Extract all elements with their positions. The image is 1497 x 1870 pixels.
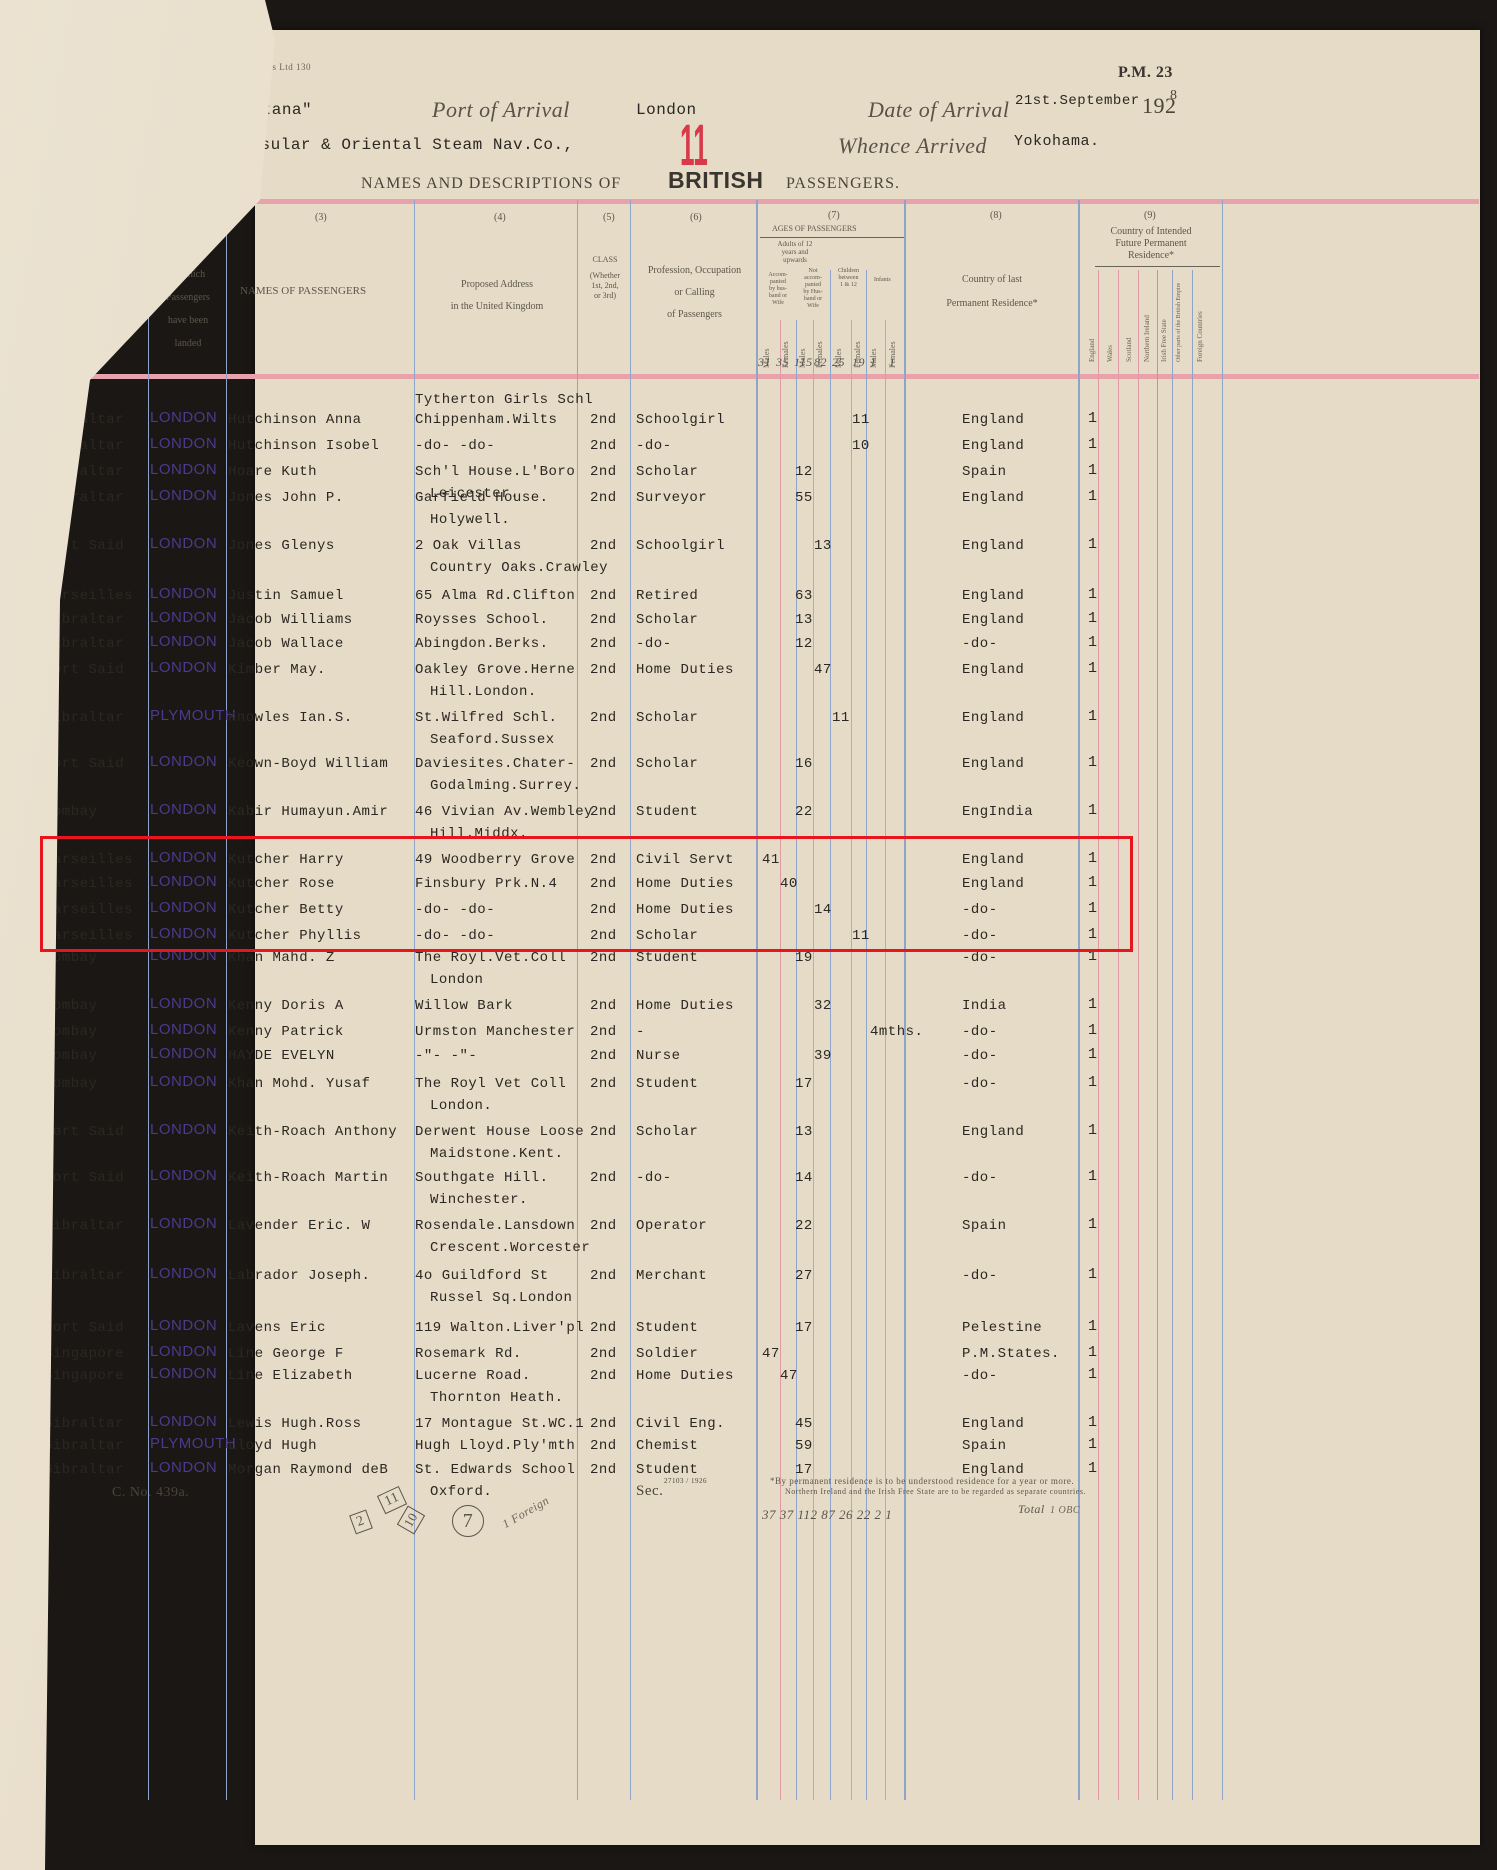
res-subdivider <box>1192 270 1193 1800</box>
passenger-class: 2nd <box>590 612 617 628</box>
address-line-post: Russel Sq.London <box>430 1290 572 1306</box>
passenger-class: 2nd <box>590 438 617 454</box>
occupation: Home Duties <box>636 998 734 1014</box>
passenger-name: Kabir Humayun.Amir <box>228 804 388 820</box>
passenger-name: Hoare Kuth <box>228 464 317 480</box>
res-sub-label: Other parts of the British Empire <box>1176 283 1182 362</box>
passenger-class: 2nd <box>590 1170 617 1186</box>
residence-tally: 1 <box>1088 586 1097 603</box>
age-subdivider <box>780 320 781 1800</box>
port-stamp: LONDON <box>150 1073 217 1090</box>
residence-tally: 1 <box>1088 1022 1097 1039</box>
port-stamp: LONDON <box>150 435 217 452</box>
proposed-address: Sch'l House.L'Boro <box>415 464 575 480</box>
occupation: Retired <box>636 588 698 604</box>
country-last-residence: Spain <box>962 1218 1007 1234</box>
port-stamp: LONDON <box>150 1413 217 1430</box>
proposed-address: The Royl Vet Coll <box>415 1076 566 1092</box>
sec-label: Sec. <box>636 1483 663 1500</box>
occupation: Merchant <box>636 1268 707 1284</box>
passenger-class: 2nd <box>590 1048 617 1064</box>
passenger-class: 2nd <box>590 804 617 820</box>
passenger-class: 2nd <box>590 1462 617 1478</box>
passenger-name: Jones Glenys <box>228 538 335 554</box>
residence-tally: 1 <box>1088 610 1097 627</box>
col-divider <box>148 200 149 1800</box>
proposed-address: 17 Montague St.WC.1 <box>415 1416 584 1432</box>
country-last-residence: England <box>962 588 1024 604</box>
form-number: C. No. 439a. <box>112 1485 189 1501</box>
port-stamp: LONDON <box>150 487 217 504</box>
residence-tally: 1 <box>1088 1460 1097 1477</box>
proposed-address: -do- -do- <box>415 438 495 454</box>
passenger-age: 59 <box>795 1438 813 1454</box>
passenger-age: 22 <box>795 804 813 820</box>
passenger-age: 39 <box>814 1048 832 1064</box>
occupation: Soldier <box>636 1346 698 1362</box>
proposed-address: Willow Bark <box>415 998 513 1014</box>
country-last-residence: England <box>962 412 1024 428</box>
country-last-residence: England <box>962 538 1024 554</box>
sec-ref: 27103 / 1926 <box>664 1477 707 1485</box>
proposed-address: Roysses School. <box>415 612 549 628</box>
country-last-residence: England <box>962 710 1024 726</box>
country-last-residence: -do- <box>962 1048 998 1064</box>
passenger-age: 47 <box>762 1346 780 1362</box>
col6-number: (6) <box>690 212 702 223</box>
passenger-class: 2nd <box>590 636 617 652</box>
country-last-residence: England <box>962 490 1024 506</box>
res-sub-label: Scotland <box>1125 338 1133 363</box>
title-prefix: NAMES AND DESCRIPTIONS OF <box>361 175 621 193</box>
country-last-residence: Spain <box>962 1438 1007 1454</box>
proposed-address: Daviesites.Chater- <box>415 756 575 772</box>
whence-arrived: Yokohama. <box>1014 133 1100 150</box>
res-subdivider <box>1138 270 1139 1800</box>
adults-label: Adults of 12 years and upwards <box>760 240 830 264</box>
occupation: Surveyor <box>636 490 707 506</box>
col8-label: Country of last Permanent Residence* <box>906 268 1078 316</box>
country-last-residence: -do- <box>962 1076 998 1092</box>
country-last-residence: England <box>962 612 1024 628</box>
handwritten-note: 1 OBC <box>1050 1505 1080 1516</box>
passenger-class: 2nd <box>590 1346 617 1362</box>
occupation: -do- <box>636 636 672 652</box>
country-last-residence: England <box>962 662 1024 678</box>
residence-tally: 1 <box>1088 1074 1097 1091</box>
country-last-residence: England <box>962 1124 1024 1140</box>
title-suffix: PASSENGERS. <box>786 175 900 193</box>
col4-number: (4) <box>494 212 506 223</box>
occupation: Student <box>636 804 698 820</box>
occupation: Scholar <box>636 756 698 772</box>
country-last-residence: EngIndia <box>962 804 1033 820</box>
proposed-address: 4o Guildford St <box>415 1268 549 1284</box>
res-subdivider <box>1098 270 1099 1800</box>
proposed-address: 119 Walton.Liver'pl <box>415 1320 584 1336</box>
address-line-post: Oxford. <box>430 1484 492 1500</box>
col-divider <box>1222 200 1223 1800</box>
port-stamp: PLYMOUTH <box>150 707 236 724</box>
passenger-age: 55 <box>795 490 813 506</box>
passenger-name: Lloyd Hugh <box>228 1438 317 1454</box>
passenger-age: 47 <box>814 662 832 678</box>
address-line-post: Holywell. <box>430 512 510 528</box>
col-divider <box>756 200 758 1800</box>
infants-label: Infants <box>874 277 891 283</box>
passenger-name: Khan Mahd. Z <box>228 950 335 966</box>
not-accompanied-label: Not accom- panied by Hus- band or Wife <box>796 268 830 310</box>
passenger-age: 16 <box>795 756 813 772</box>
residence-tally: 1 <box>1088 1344 1097 1361</box>
age-header-rule <box>760 237 904 238</box>
residence-tally: 1 <box>1088 462 1097 479</box>
col-divider <box>226 200 227 1800</box>
col8-number: (8) <box>990 210 1002 221</box>
residence-tally: 1 <box>1088 634 1097 651</box>
proposed-address: Lucerne Road. <box>415 1368 531 1384</box>
occupation: Scholar <box>636 612 698 628</box>
address-line-post: Crescent.Worcester <box>430 1240 590 1256</box>
proposed-address: Urmston Manchester <box>415 1024 575 1040</box>
proposed-address: The Royl.Vet.Coll <box>415 950 566 966</box>
residence-tally: 1 <box>1088 708 1097 725</box>
proposed-address: Southgate Hill. <box>415 1170 549 1186</box>
port-stamp: LONDON <box>150 1121 217 1138</box>
residence-tally: 1 <box>1088 754 1097 771</box>
port-landed: Gibraltar <box>44 1218 124 1234</box>
age-subdivider <box>851 320 852 1800</box>
residence-tally: 1 <box>1088 1046 1097 1063</box>
occupation: -do- <box>636 438 672 454</box>
passenger-age: 12 <box>795 464 813 480</box>
highlight-box <box>40 836 1133 952</box>
occupation: Student <box>636 1462 698 1478</box>
port-stamp: LONDON <box>150 461 217 478</box>
passenger-age: 11 <box>852 412 870 428</box>
proposed-address: Abingdon.Berks. <box>415 636 549 652</box>
col-divider <box>1078 200 1080 1800</box>
residence-tally: 1 <box>1088 1366 1097 1383</box>
residence-tally: 1 <box>1088 1266 1097 1283</box>
passenger-class: 2nd <box>590 1076 617 1092</box>
country-last-residence: Pelestine <box>962 1320 1042 1336</box>
residence-tally: 1 <box>1088 1122 1097 1139</box>
year-suffix: 8 <box>1170 88 1178 104</box>
port-stamp: LONDON <box>150 1021 217 1038</box>
col-divider <box>630 200 631 1800</box>
col5-label: CLASS (Whether 1st, 2nd, or 3rd) <box>580 255 630 301</box>
age-subdivider <box>796 320 797 1800</box>
passenger-name: Line Elizabeth <box>228 1368 353 1384</box>
address-line-post: Godalming.Surrey. <box>430 778 581 794</box>
passenger-age: 17 <box>795 1076 813 1092</box>
residence-tally: 1 <box>1088 1216 1097 1233</box>
residence-tally: 1 <box>1088 436 1097 453</box>
footnote-2: Northern Ireland and the Irish Free Stat… <box>785 1487 1086 1496</box>
port-stamp: LONDON <box>150 409 217 426</box>
date-of-arrival-label: Date of Arrival <box>868 97 1010 123</box>
occupation: Scholar <box>636 710 698 726</box>
occupation: Nurse <box>636 1048 681 1064</box>
passenger-class: 2nd <box>590 1438 617 1454</box>
passenger-class: 2nd <box>590 950 617 966</box>
port-stamp: LONDON <box>150 1167 217 1184</box>
country-last-residence: -do- <box>962 950 998 966</box>
country-last-residence: -do- <box>962 636 998 652</box>
children-label: Children between 1 & 12 <box>831 268 866 289</box>
col3-label: NAMES OF PASSENGERS <box>240 285 366 297</box>
residence-tally: 1 <box>1088 1414 1097 1431</box>
col4-label: Proposed Address in the United Kingdom <box>418 274 576 318</box>
date-of-arrival: 21st.September <box>1015 93 1140 109</box>
proposed-address: Rosemark Rd. <box>415 1346 522 1362</box>
passenger-age: 10 <box>852 438 870 454</box>
port-stamp: LONDON <box>150 1045 217 1062</box>
port-landed: Port Said <box>44 1124 124 1140</box>
country-last-residence: -do- <box>962 1368 998 1384</box>
passenger-name: Knowles Ian.S. <box>228 710 353 726</box>
passenger-name: Keown-Boyd William <box>228 756 388 772</box>
occupation: Schoolgirl <box>636 412 725 428</box>
occupation: - <box>636 1024 645 1040</box>
passenger-age: 19 <box>795 950 813 966</box>
passenger-name: Morgan Raymond deB <box>228 1462 388 1478</box>
address-line-post: Hill.London. <box>430 684 537 700</box>
passenger-age: 4mths. <box>870 1024 923 1040</box>
occupation: Scholar <box>636 1124 698 1140</box>
country-last-residence: -do- <box>962 1268 998 1284</box>
passenger-class: 2nd <box>590 464 617 480</box>
port-stamp: PLYMOUTH <box>150 1435 236 1452</box>
form-id: P.M. 23 <box>1118 64 1173 82</box>
col5-number: (5) <box>603 212 615 223</box>
age-subdivider <box>866 270 867 1800</box>
passenger-age: 13 <box>795 1124 813 1140</box>
country-last-residence: -do- <box>962 1024 998 1040</box>
passenger-class: 2nd <box>590 1416 617 1432</box>
port-stamp: LONDON <box>150 995 217 1012</box>
whence-arrived-label: Whence Arrived <box>838 133 987 159</box>
header-bottom-rule <box>40 374 1479 379</box>
proposed-address: St. Edwards School <box>415 1462 575 1478</box>
passenger-age: 11 <box>832 710 850 726</box>
proposed-address: -"- -"- <box>415 1048 477 1064</box>
passenger-class: 2nd <box>590 1368 617 1384</box>
address-line-post: Seaford.Sussex <box>430 732 555 748</box>
res-sub-label: Foreign Countries <box>1196 311 1204 362</box>
occupation: Student <box>636 950 698 966</box>
passenger-age: 45 <box>795 1416 813 1432</box>
passenger-class: 2nd <box>590 1268 617 1284</box>
residence-tally: 1 <box>1088 660 1097 677</box>
proposed-address: Rosendale.Lansdown <box>415 1218 575 1234</box>
occupation: Scholar <box>636 464 698 480</box>
country-last-residence: England <box>962 1416 1024 1432</box>
port-stamp: LONDON <box>150 1343 217 1360</box>
passenger-class: 2nd <box>590 1320 617 1336</box>
country-last-residence: P.M.States. <box>962 1346 1060 1362</box>
address-line-post: Country Oaks.Crawley <box>430 560 608 576</box>
age-subdivider <box>830 270 831 1800</box>
residence-tally: 1 <box>1088 536 1097 553</box>
passenger-name: Jacob Williams <box>228 612 353 628</box>
port-landed: Singapore <box>44 1346 124 1362</box>
residence-tally: 1 <box>1088 802 1097 819</box>
res-subdivider <box>1157 270 1158 1800</box>
port-stamp: LONDON <box>150 609 217 626</box>
proposed-address: Derwent House Loose <box>415 1124 584 1140</box>
port-of-arrival-label: Port of Arrival <box>432 97 570 123</box>
passenger-class: 2nd <box>590 1124 617 1140</box>
passenger-name: Khan Mohd. Yusaf <box>228 1076 370 1092</box>
residence-tally: 1 <box>1088 1318 1097 1335</box>
address-line-post: Maidstone.Kent. <box>430 1146 564 1162</box>
port-landed: Port Said <box>44 1170 124 1186</box>
passenger-name: Kenny Patrick <box>228 1024 344 1040</box>
passenger-name: Lavender Eric. W <box>228 1218 370 1234</box>
proposed-address: Hugh Lloyd.Ply'mth <box>415 1438 575 1454</box>
address-line-post: Thornton Heath. <box>430 1390 564 1406</box>
country-last-residence: -do- <box>962 1170 998 1186</box>
port-stamp: LONDON <box>150 633 217 650</box>
address-line-pre: Tytherton Girls Schl <box>415 392 593 408</box>
occupation: Schoolgirl <box>636 538 725 554</box>
circled-number: 7 <box>452 1505 484 1537</box>
col6-label: Profession, Occupation or Calling of Pas… <box>633 260 756 326</box>
res-subdivider <box>1118 270 1119 1800</box>
port-landed: Gibraltar <box>44 1462 124 1478</box>
passenger-age: 32 <box>814 998 832 1014</box>
passenger-class: 2nd <box>590 1218 617 1234</box>
passenger-age: 47 <box>780 1368 798 1384</box>
port-landed: Singapore <box>44 1368 124 1384</box>
country-last-residence: Spain <box>962 464 1007 480</box>
country-last-residence: India <box>962 998 1007 1014</box>
col7-label: AGES OF PASSENGERS <box>772 224 857 233</box>
passenger-class: 2nd <box>590 998 617 1014</box>
title-british: BRITISH <box>668 167 764 194</box>
occupation: Chemist <box>636 1438 698 1454</box>
residence-tally: 1 <box>1088 488 1097 505</box>
header-top-rule <box>60 199 1479 204</box>
occupation: Student <box>636 1320 698 1336</box>
port-landed: Gibraltar <box>44 1438 124 1454</box>
port-stamp: LONDON <box>150 1317 217 1334</box>
proposed-address: Oakley Grove.Herne <box>415 662 575 678</box>
res-sub-label: Northern Ireland <box>1143 315 1151 362</box>
passenger-class: 2nd <box>590 756 617 772</box>
address-line-post: London. <box>430 1098 492 1114</box>
passenger-age: 13 <box>814 538 832 554</box>
res-sub-label: England <box>1088 339 1096 362</box>
occupation: Civil Eng. <box>636 1416 725 1432</box>
passenger-age: 17 <box>795 1320 813 1336</box>
port-stamp: LONDON <box>150 585 217 602</box>
res-sub-label: Wales <box>1106 345 1114 362</box>
occupation: Home Duties <box>636 662 734 678</box>
port-stamp: LONDON <box>150 535 217 552</box>
port-landed: Gibraltar <box>44 1268 124 1284</box>
passenger-name: Keith-Roach Martin <box>228 1170 388 1186</box>
passenger-class: 2nd <box>590 710 617 726</box>
residence-tally: 1 <box>1088 1168 1097 1185</box>
col7-number: (7) <box>828 210 840 221</box>
passenger-class: 2nd <box>590 1024 617 1040</box>
accompanied-label: Accom- panied by hus- band or Wife <box>760 272 796 307</box>
passenger-age: 27 <box>795 1268 813 1284</box>
passenger-age: 13 <box>795 612 813 628</box>
passenger-name: Justin Samuel <box>228 588 344 604</box>
res-sub-label: Irish Free State <box>1160 319 1168 362</box>
res-subdivider <box>1172 270 1173 1800</box>
passenger-class: 2nd <box>590 490 617 506</box>
col9-label: Country of Intended Future Permanent Res… <box>1080 226 1222 262</box>
port-stamp: LONDON <box>150 1215 217 1232</box>
proposed-address: Chippenham.Wilts <box>415 412 557 428</box>
passenger-name: Hutchinson Isobel <box>228 438 379 454</box>
proposed-address: Garfield House. <box>415 490 549 506</box>
passenger-name: Line George F <box>228 1346 344 1362</box>
port-stamp: LONDON <box>150 1459 217 1476</box>
passenger-name: Jacob Wallace <box>228 636 344 652</box>
passenger-name: Lavens Eric <box>228 1320 326 1336</box>
passenger-class: 2nd <box>590 538 617 554</box>
passenger-age: 14 <box>795 1170 813 1186</box>
passenger-name: Labrador Joseph. <box>228 1268 370 1284</box>
handwritten-totals: 37 37 112 87 26 22 2 1 <box>762 1507 892 1523</box>
passenger-class: 2nd <box>590 588 617 604</box>
passenger-name: Kimber May. <box>228 662 326 678</box>
passenger-class: 2nd <box>590 662 617 678</box>
passenger-name: HAYDE EVELYN <box>228 1048 335 1064</box>
port-stamp: LONDON <box>150 1365 217 1382</box>
col9-number: (9) <box>1144 210 1156 221</box>
passenger-name: Hutchinson Anna <box>228 412 362 428</box>
residence-tally: 1 <box>1088 996 1097 1013</box>
footnote-1: *By permanent residence is to be underst… <box>770 1476 1074 1486</box>
port-landed: Port Said <box>44 1320 124 1336</box>
passenger-name: Keith-Roach Anthony <box>228 1124 397 1140</box>
passenger-age: 12 <box>795 636 813 652</box>
occupation: Home Duties <box>636 1368 734 1384</box>
port-landed: Gibraltar <box>44 1416 124 1432</box>
address-line-post: London <box>430 972 483 988</box>
proposed-address: 65 Alma Rd.Clifton <box>415 588 575 604</box>
col-divider <box>577 200 578 1800</box>
age-subdivider <box>885 320 886 1800</box>
address-line-post: Winchester. <box>430 1192 528 1208</box>
occupation: Operator <box>636 1218 707 1234</box>
occupation: -do- <box>636 1170 672 1186</box>
passenger-age: 22 <box>795 1218 813 1234</box>
passenger-class: 2nd <box>590 412 617 428</box>
country-last-residence: England <box>962 438 1024 454</box>
proposed-address: 2 Oak Villas <box>415 538 522 554</box>
port-stamp: LONDON <box>150 753 217 770</box>
proposed-address: St.Wilfred Schl. <box>415 710 557 726</box>
residence-tally: 1 <box>1088 1436 1097 1453</box>
passenger-name: Lewis Hugh.Ross <box>228 1416 362 1432</box>
passenger-name: Kenny Doris A <box>228 998 344 1014</box>
col3-number: (3) <box>315 212 327 223</box>
port-stamp: LONDON <box>150 659 217 676</box>
res-header-rule <box>1095 266 1220 267</box>
proposed-address: 46 Vivian Av.Wembley <box>415 804 593 820</box>
port-stamp: LONDON <box>150 801 217 818</box>
residence-tally: 1 <box>1088 410 1097 427</box>
occupation: Student <box>636 1076 698 1092</box>
